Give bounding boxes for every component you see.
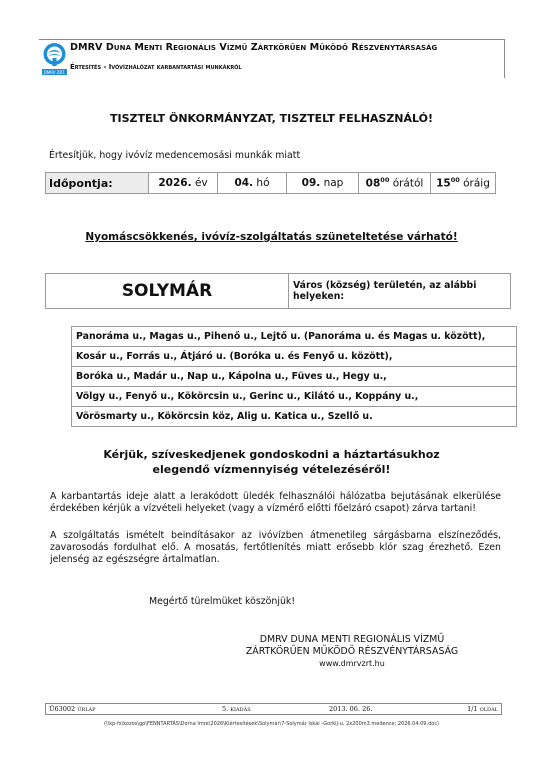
warning-heading: Nyomáscsökkenés, ivóvíz-szolgáltatás szü… [0,231,543,243]
schedule-table: Időpontja: 2026. év 04. hó 09. nap 0800 … [45,172,496,194]
form-edition: 5. kiadás [222,705,251,713]
schedule-month: 04. hó [218,173,287,194]
page-number: 1/1 oldal [467,705,498,713]
paragraph-maintenance: A karbantartás ideje alatt a lerakódott … [50,491,501,515]
request-heading: Kérjük, szíveskedjenek gondoskodni a ház… [0,447,543,477]
location-table: SOLYMÁR Város (község) területén, az alá… [45,273,511,309]
greeting-heading: TISZTELT ÖNKORMÁNYZAT, TISZTELT FELHASZN… [0,112,543,125]
schedule-year: 2026. év [149,173,218,194]
dmrv-logo-icon: DMRV ZRT. [42,41,67,76]
street-row: Völgy u., Fenyő u., Kökörcsin u., Gerinc… [72,387,517,407]
thanks-text: Megértő türelmüket köszönjük! [149,596,295,607]
schedule-label: Időpontja: [46,173,149,194]
streets-table: Panoráma u., Magas u., Pihenő u., Lejtő … [71,326,517,427]
file-path: (\\kp-fs\kozos\gp\FENNTARTÁS\Dorna Imre\… [0,721,543,727]
form-number: Ü63002 űrlap [49,705,96,713]
street-row: Vörösmarty u., Kökörcsin köz, Alig u. Ka… [72,407,517,427]
intro-text: Értesítjük, hogy ivóvíz medencemosási mu… [49,150,300,161]
website-link[interactable]: www.dmrvzrt.hu [232,658,472,670]
schedule-from: 0800 órától [359,173,431,194]
street-row: Boróka u., Madár u., Nap u., Kápolna u.,… [72,367,517,387]
street-row: Kosár u., Forrás u., Átjáró u. (Boróka u… [72,347,517,367]
schedule-day: 09. nap [287,173,359,194]
notice-subtitle: Értesítés - Ivóvízhálózat karbantartási … [70,63,242,71]
form-footer: Ü63002 űrlap 5. kiadás 2013. 06. 26. 1/1… [45,703,502,715]
form-date: 2013. 06. 26. [329,705,372,713]
svg-text:DMRV ZRT.: DMRV ZRT. [44,70,66,75]
signature-line2: ZÁRTKÖRŰEN MŰKÖDŐ RÉSZVÉNYTÁRSASÁG [232,646,472,658]
signature-block: DMRV DUNA MENTI REGIONÁLIS VÍZMŰ ZÁRTKÖR… [232,634,472,670]
schedule-to: 1500 óráig [431,173,496,194]
signature-line1: DMRV DUNA MENTI REGIONÁLIS VÍZMŰ [232,634,472,646]
paragraph-restart: A szolgáltatás ismételt beindításakor az… [50,530,501,566]
street-row: Panoráma u., Magas u., Pihenő u., Lejtő … [72,327,517,347]
company-name: DMRV Duna Menti Regionális Vízmű Zártkör… [70,42,437,53]
location-description: Város (község) területén, az alábbi hely… [289,274,511,309]
city-name: SOLYMÁR [46,274,289,309]
